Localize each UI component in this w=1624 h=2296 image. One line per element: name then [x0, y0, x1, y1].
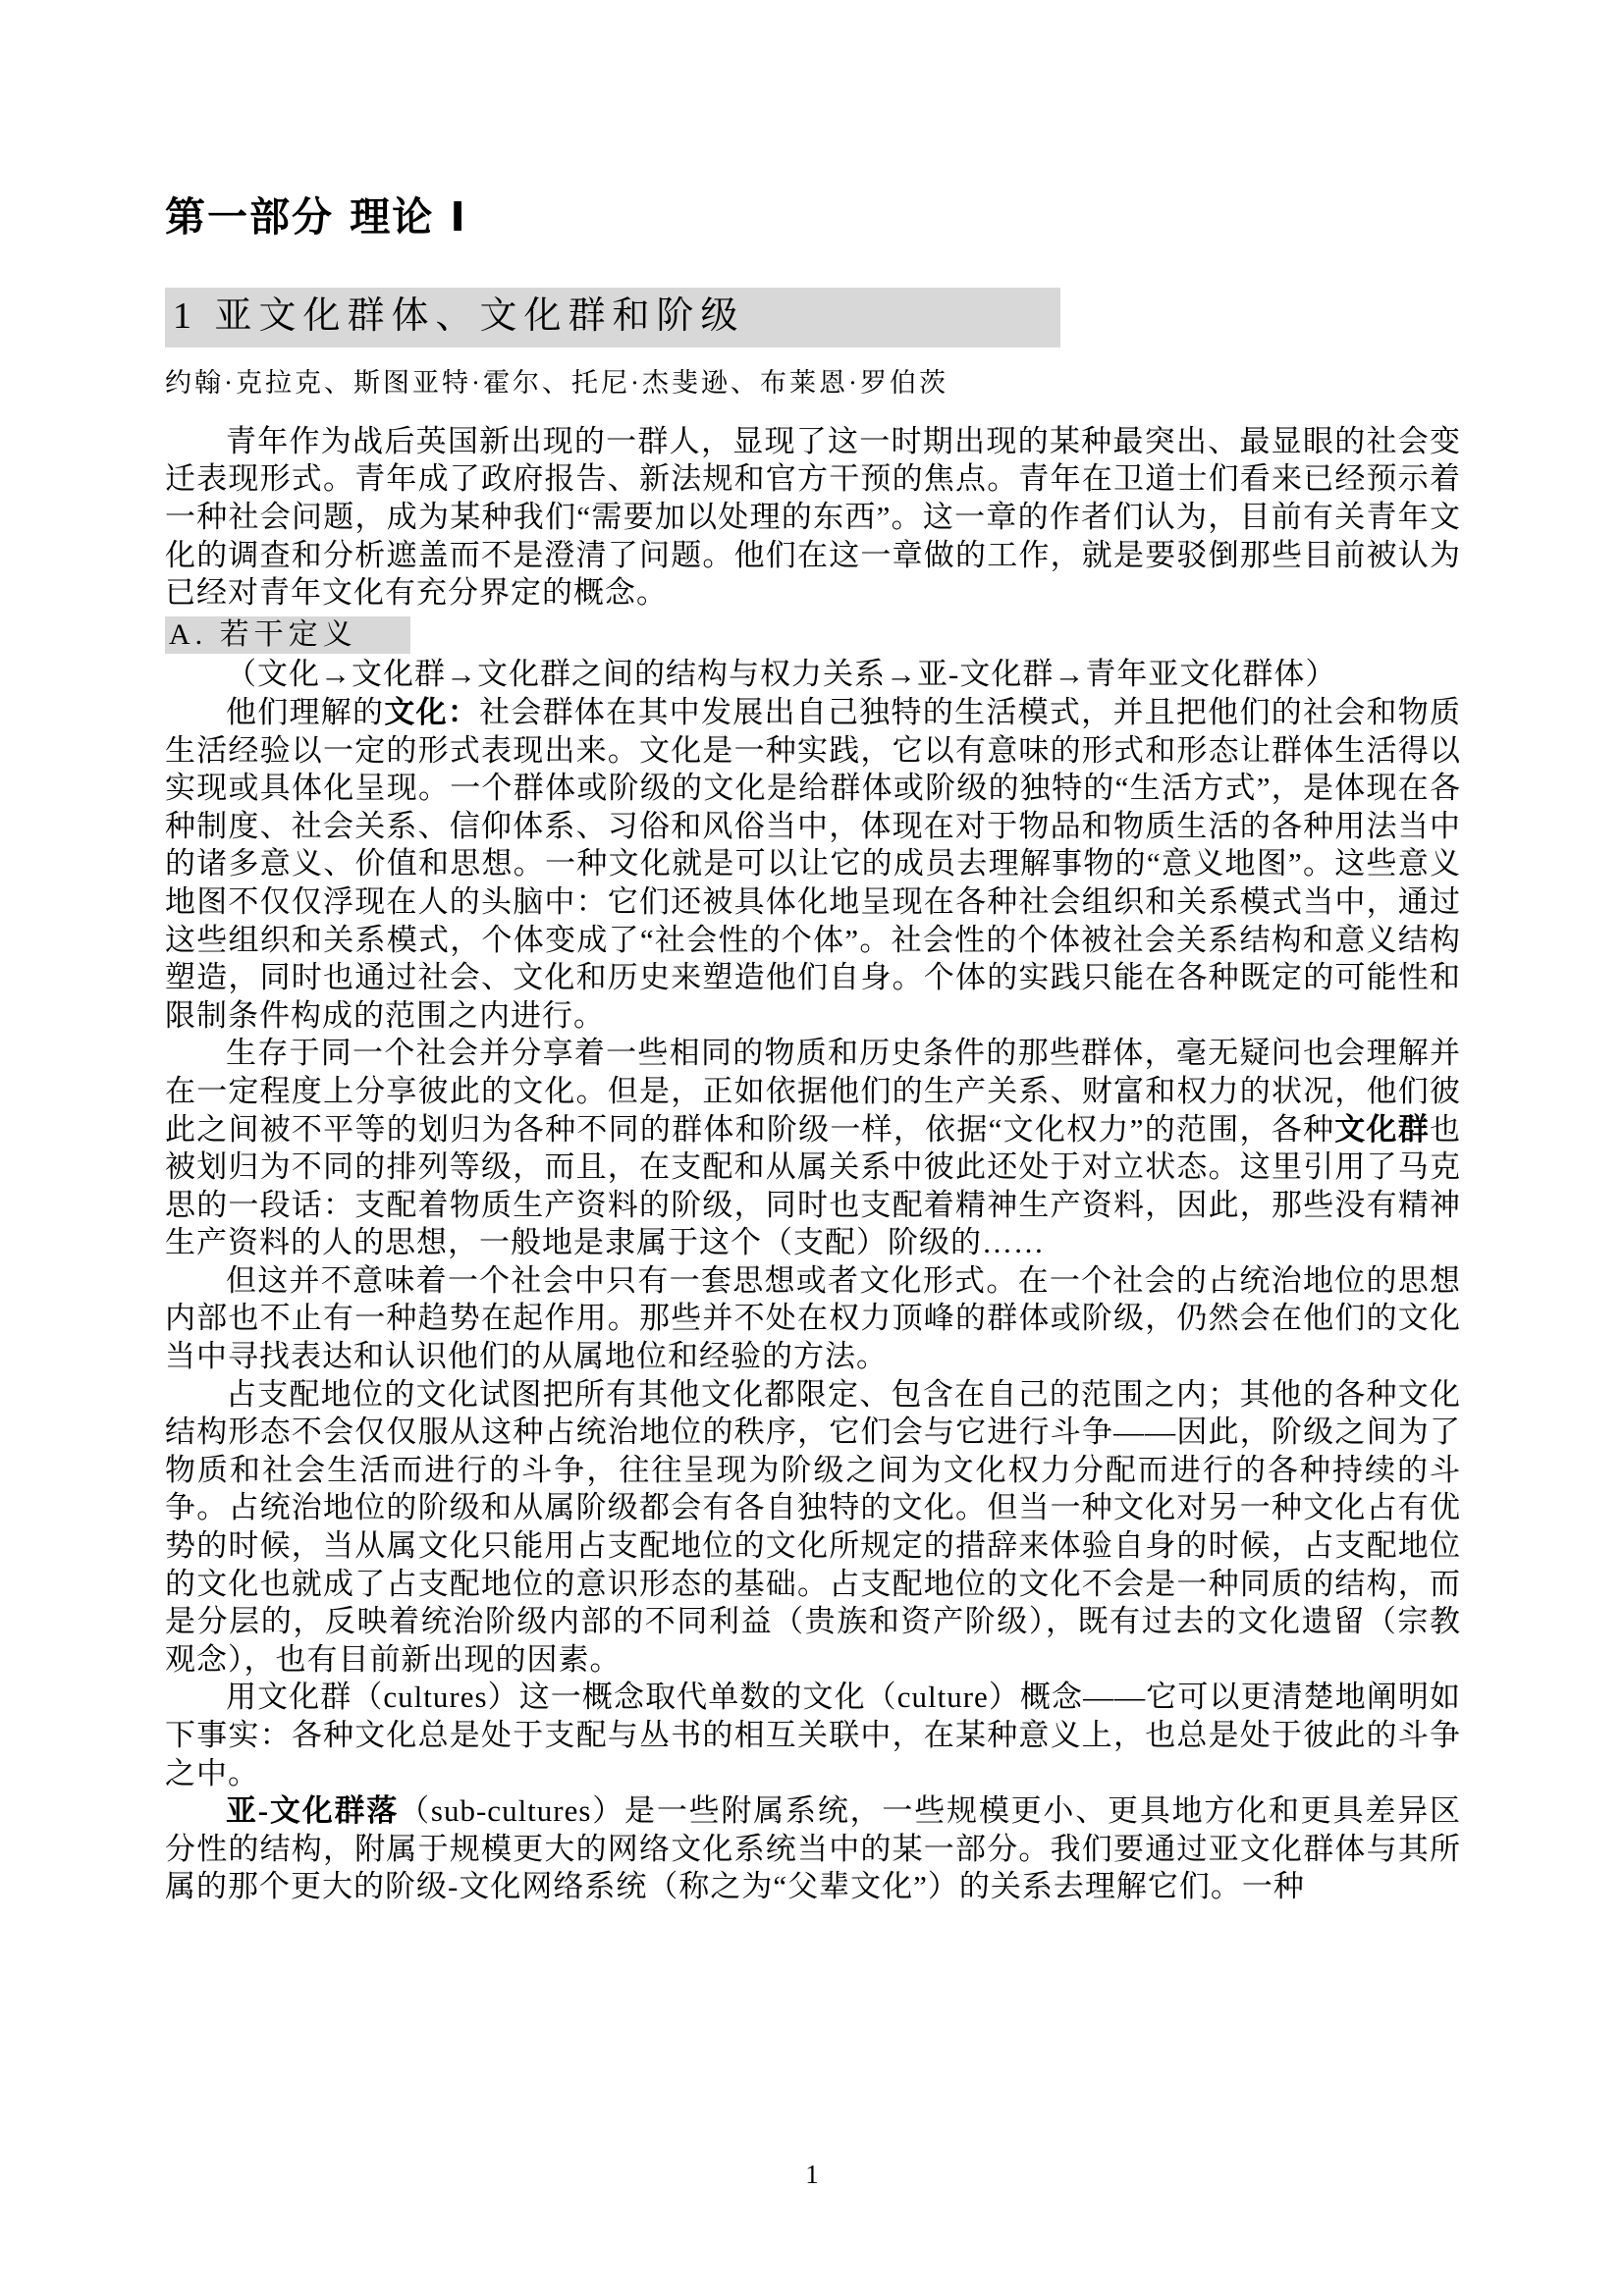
authors-line: 约翰·克拉克、斯图亚特·霍尔、托尼·杰斐逊、布莱恩·罗伯茨 [165, 367, 1461, 399]
paragraph-intro: 青年作为战后英国新出现的一群人，显现了这一时期出现的某种最突出、最显眼的社会变迁… [165, 423, 1461, 613]
document-page: 第一部分 理论 I 1 亚文化群体、文化群和阶级 约翰·克拉克、斯图亚特·霍尔、… [0, 0, 1624, 2296]
paragraph-not-single-ideology: 但这并不意味着一个社会中只有一套思想或者文化形式。在一个社会的占统治地位的思想内… [165, 1262, 1461, 1376]
part-title: 第一部分 理论 I [165, 194, 1461, 240]
paragraph-culture-definition: 他们理解的文化：社会群体在其中发展出自己独特的生活模式，并且把他们的社会和物质生… [165, 694, 1461, 1035]
paragraph-subcultures: 亚-文化群落（sub-cultures）是一些附属系统，一些规模更小、更具地方化… [165, 1792, 1461, 1906]
page-number: 1 [0, 2160, 1624, 2190]
bold-term-subcultures: 亚-文化群落 [226, 1793, 399, 1828]
paragraph-cultural-power: 生存于同一个社会并分享着一些相同的物质和历史条件的那些群体，毫无疑问也会理解并在… [165, 1035, 1461, 1262]
subheading-definitions: A. 若干定义 [165, 616, 410, 655]
paragraph-concept-chain: （文化→文化群→文化群之间的结构与权力关系→亚-文化群→青年亚文化群体） [165, 656, 1461, 694]
chapter-heading: 1 亚文化群体、文化群和阶级 [165, 288, 1060, 347]
text-run: 生存于同一个社会并分享着一些相同的物质和历史条件的那些群体，毫无疑问也会理解并在… [165, 1036, 1461, 1146]
text-run: 社会群体在其中发展出自己独特的生活模式，并且把他们的社会和物质生活经验以一定的形… [165, 695, 1461, 1033]
paragraph-dominant-culture: 占支配地位的文化试图把所有其他文化都限定、包含在自己的范围之内；其他的各种文化结… [165, 1376, 1461, 1680]
bold-term-cultures: 文化群 [1334, 1112, 1430, 1147]
text-run: 他们理解的 [226, 695, 384, 729]
bold-term-culture: 文化： [384, 695, 479, 729]
paragraph-cultures-plural: 用文化群（cultures）这一概念取代单数的文化（culture）概念——它可… [165, 1679, 1461, 1792]
